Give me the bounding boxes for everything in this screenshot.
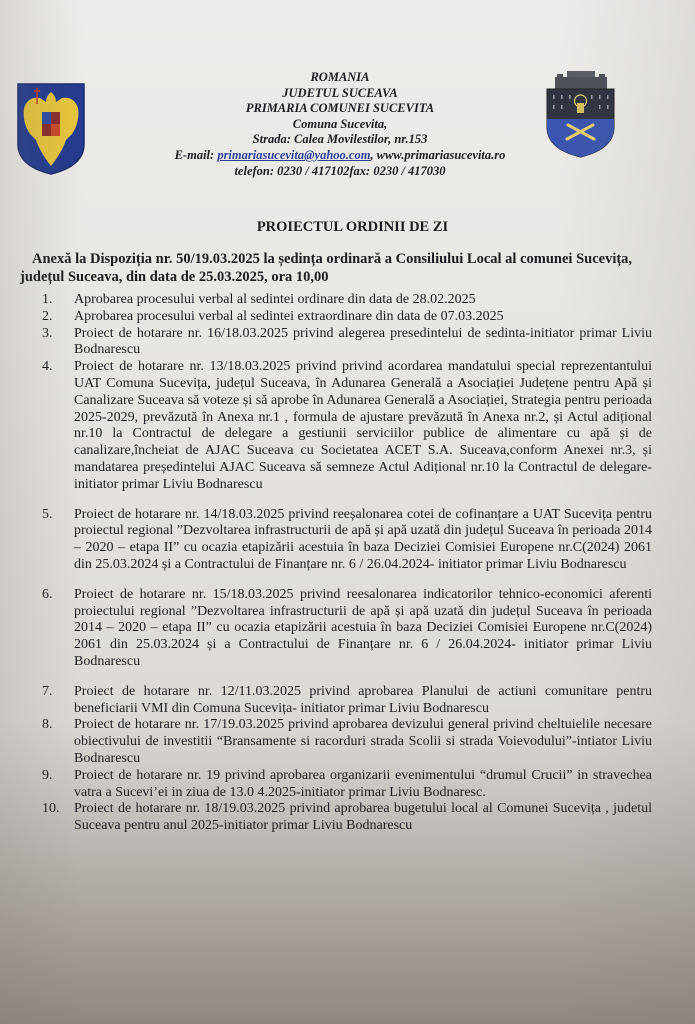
website-text: www.primariasucevita.ro	[377, 148, 506, 162]
agenda-item-text: Proiect de hotarare nr. 16/18.03.2025 pr…	[74, 326, 652, 358]
country-name: ROMANIA	[140, 70, 540, 86]
agenda-item-text: Proiect de hotarare nr. 18/19.03.2025 pr…	[74, 801, 652, 833]
agenda-item-number: 3.	[42, 326, 53, 343]
agenda-item: 2.Aprobarea procesului verbal al sedinte…	[42, 309, 652, 326]
agenda-item: 6.Proiect de hotarare nr. 15/18.03.2025 …	[42, 587, 652, 671]
agenda-item-number: 7.	[42, 684, 53, 701]
letterhead: ROMANIA JUDETUL SUCEAVA PRIMARIA COMUNEI…	[140, 70, 540, 179]
agenda-item-text: Proiect de hotarare nr. 12/11.03.2025 pr…	[74, 684, 652, 716]
romania-coat-of-arms-icon	[16, 82, 86, 176]
agenda-item: 3.Proiect de hotarare nr. 16/18.03.2025 …	[42, 326, 652, 360]
agenda-item: 8. Proiect de hotarare nr. 17/19.03.2025…	[42, 717, 652, 767]
document-title: PROIECTUL ORDINII DE ZI	[0, 219, 695, 236]
institution-name: PRIMARIA COMUNEI SUCEVITA	[140, 101, 540, 117]
agenda-item-number: 8.	[42, 717, 53, 734]
agenda-item: 5.Proiect de hotarare nr. 14/18.03.2025 …	[42, 507, 652, 574]
agenda-item: 7.Proiect de hotarare nr. 12/11.03.2025 …	[42, 684, 652, 718]
agenda-item: 4.Proiect de hotarare nr. 13/18.03.2025 …	[42, 359, 652, 493]
agenda-item-text: Proiect de hotarare nr. 15/18.03.2025 pr…	[74, 587, 652, 669]
agenda-item-number: 6.	[42, 587, 53, 604]
agenda-item-number: 1.	[42, 292, 53, 309]
agenda-item: 9.Proiect de hotarare nr. 19 privind apr…	[42, 768, 652, 802]
agenda-item-text: Proiect de hotarare nr. 17/19.03.2025 pr…	[74, 717, 652, 766]
county-name: JUDETUL SUCEAVA	[140, 86, 540, 102]
agenda-item-text: Aprobarea procesului verbal al sedintei …	[74, 292, 476, 307]
agenda-item-text: Aprobarea procesului verbal al sedintei …	[74, 309, 504, 324]
street-address: Strada: Calea Movilestilor, nr.153	[140, 132, 540, 148]
agenda-item: 1.Aprobarea procesului verbal al sedinte…	[42, 292, 652, 309]
document-page: ROMANIA JUDETUL SUCEAVA PRIMARIA COMUNEI…	[0, 0, 695, 1024]
commune-name: Comuna Sucevita,	[140, 117, 540, 133]
agenda-list: 1.Aprobarea procesului verbal al sedinte…	[42, 292, 652, 835]
annex-statement: Anexă la Dispoziția nr. 50/19.03.2025 la…	[20, 250, 640, 286]
agenda-item-number: 4.	[42, 359, 53, 376]
agenda-item-number: 10.	[42, 801, 60, 818]
agenda-item-number: 2.	[42, 309, 53, 326]
agenda-item-text: Proiect de hotarare nr. 13/18.03.2025 pr…	[74, 359, 652, 492]
phone-fax: telefon: 0230 / 417102fax: 0230 / 417030	[140, 164, 540, 180]
contact-line: E-mail: primariasucevita@yahoo.com, www.…	[140, 148, 540, 164]
agenda-item-number: 9.	[42, 768, 53, 785]
agenda-item-text: Proiect de hotarare nr. 14/18.03.2025 pr…	[74, 507, 652, 572]
agenda-item-number: 5.	[42, 507, 53, 524]
email-link[interactable]: primariasucevita@yahoo.com	[217, 148, 370, 162]
agenda-item: 10.Proiect de hotarare nr. 18/19.03.2025…	[42, 801, 652, 835]
email-label: E-mail:	[175, 148, 218, 162]
agenda-item-text: Proiect de hotarare nr. 19 privind aprob…	[74, 768, 652, 800]
sucevita-coat-of-arms-icon	[543, 69, 618, 159]
